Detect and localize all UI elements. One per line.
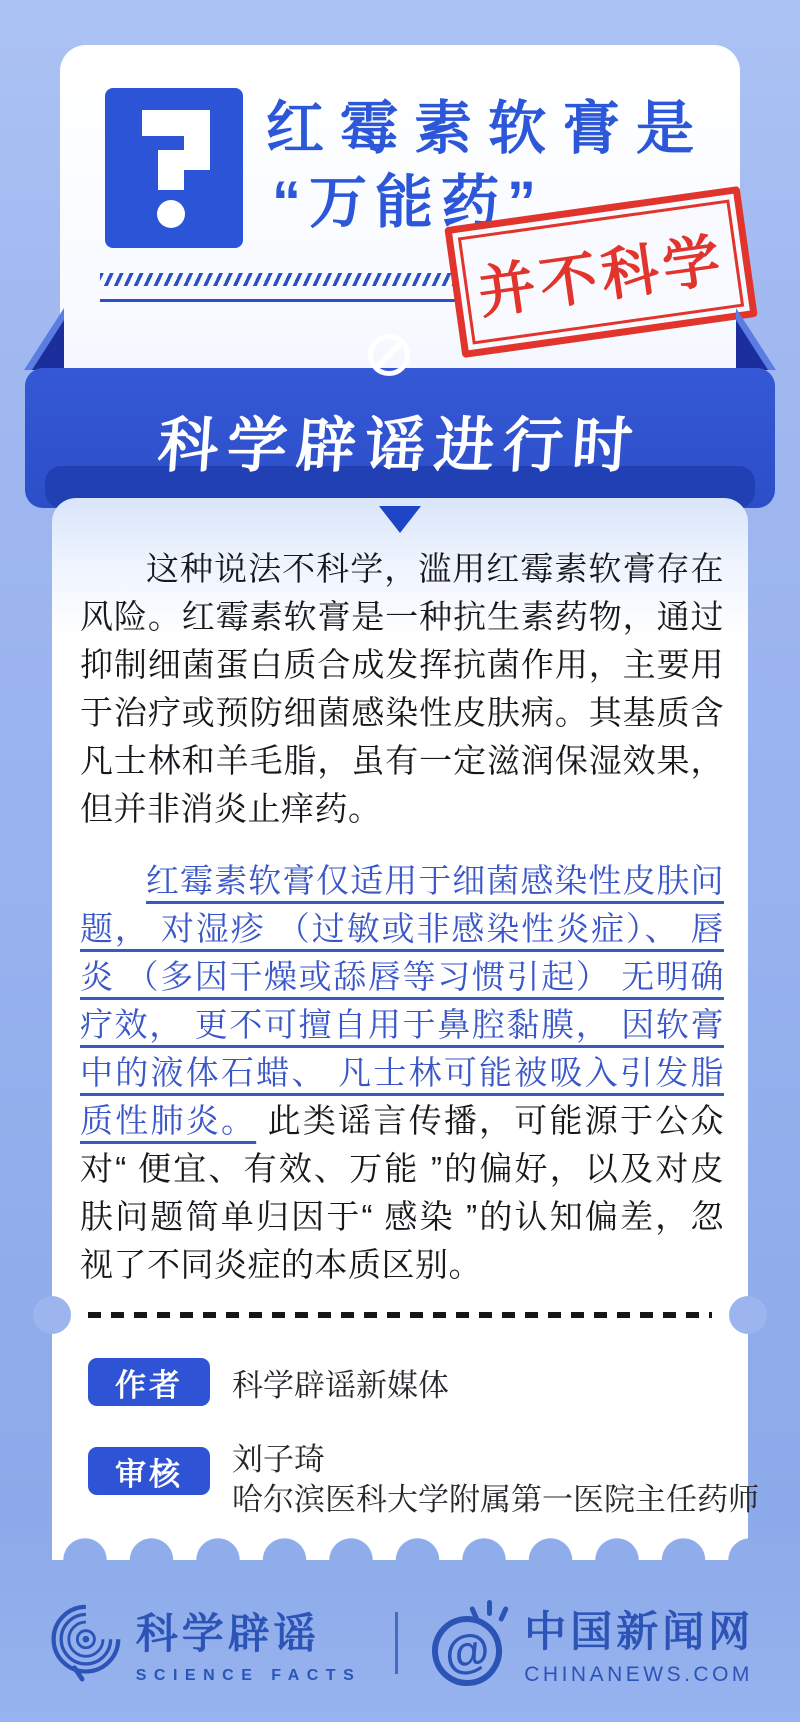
science-facts-logo-cn: 科学辟谣 [136,1601,362,1661]
spark-icon [487,1600,492,1616]
chinanews-logo: @ 中国新闻网 CHINANEWS.COM [432,1599,754,1687]
science-facts-logo-icon [46,1599,122,1687]
science-facts-logo-en: SCIENCE FACTS [136,1667,362,1685]
at-symbol: @ [428,1611,507,1690]
prohibition-icon [368,334,410,376]
spark-icon [498,1606,509,1623]
down-triangle-icon [379,506,421,533]
question-mark-icon [105,88,243,248]
chinanews-logo-en: CHINANEWS.COM [524,1663,754,1687]
science-facts-logo-texts: 科学辟谣 SCIENCE FACTS [136,1601,362,1685]
dashed-divider [88,1312,712,1318]
verdict-stamp-text: 并不科学 [458,199,744,344]
explanation-paragraph: 红霉素软膏仅适用于细菌感染性皮肤问题， 对湿疹 （过敏或非感染性炎症）、 唇炎 … [80,857,724,1289]
at-icon: @ [432,1600,510,1686]
scalloped-edge [52,1516,748,1560]
ticket-notch-right [729,1296,767,1334]
page-title-line1: 红霉素软膏是 [266,92,710,166]
science-facts-logo: 科学辟谣 SCIENCE FACTS [46,1599,362,1687]
reviewer-name: 刘子琦 [232,1440,759,1480]
underline-decoration [100,299,460,302]
reviewer-title: 哈尔滨医科大学附属第一医院主任药师 [232,1480,759,1520]
highlighted-text: 红霉素软膏仅适用于细菌感染性皮肤问题， 对湿疹 （过敏或非感染性炎症）、 唇炎 … [80,862,724,1139]
logo-divider [395,1612,398,1674]
author-name: 科学辟谣新媒体 [232,1366,449,1406]
poster: 红霉素软膏是 “万能药” 并不科学 科学辟谣进行时 这种说法不科学，滥用红霉素软… [0,0,800,1722]
hatch-decoration [100,273,456,286]
banner-title: 科学辟谣进行时 [0,398,800,484]
reviewer-info: 刘子琦 哈尔滨医科大学附属第一医院主任药师 [232,1440,759,1520]
author-badge: 作者 [88,1358,210,1406]
question-mark-glyph [124,98,224,238]
chinanews-logo-texts: 中国新闻网 CHINANEWS.COM [524,1599,754,1687]
reviewer-badge: 审核 [88,1447,210,1495]
chinanews-logo-cn: 中国新闻网 [524,1599,754,1659]
ticket-notch-left [33,1296,71,1334]
footer: 科学辟谣 SCIENCE FACTS @ 中国新闻网 CHINANEWS.COM [0,1588,800,1698]
claim-paragraph: 这种说法不科学，滥用红霉素软膏存在风险。红霉素软膏是一种抗生素药物，通过抑制细菌… [80,545,724,833]
